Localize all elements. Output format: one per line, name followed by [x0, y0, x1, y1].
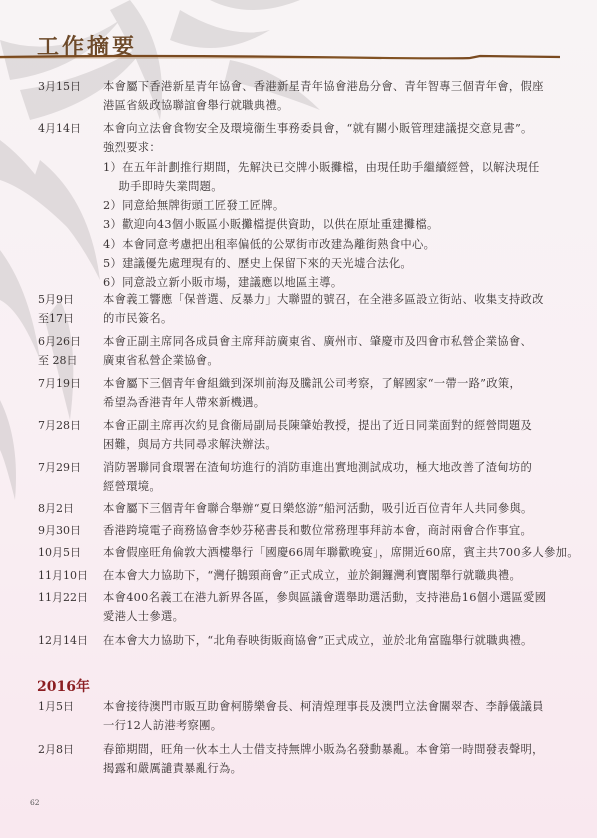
entry-date-line: 1月5日	[38, 697, 98, 716]
entry-text-line: 本會屬下香港新星青年協會、香港新星青年協會港島分會、青年智專三個青年會，假座	[103, 77, 563, 96]
entry-date-line: 4月14日	[38, 119, 98, 138]
entry-date: 7月29日	[38, 458, 98, 477]
entry-date: 12月14日	[38, 631, 98, 650]
entry-text-line: 在本會大力協助下，“灣仔鵝頸商會”正式成立，並於銅鑼灣利寶閣舉行就職典禮。	[103, 566, 563, 585]
entry-text-line: 強烈要求：	[103, 138, 563, 157]
entry-text: 在本會大力協助下，“灣仔鵝頸商會”正式成立，並於銅鑼灣利寶閣舉行就職典禮。	[103, 566, 563, 585]
entry-date-line: 9月30日	[38, 521, 98, 540]
entry-date-line: 12月14日	[38, 631, 98, 650]
entry-text-line: 廣東省私營企業協會。	[103, 351, 563, 370]
entry-text-line: 助手即時失業問題。	[103, 177, 563, 196]
entry-date: 7月28日	[38, 416, 98, 435]
entry-text: 本會屬下三個青年會聯合舉辦“夏日樂悠游”船河活動，吸引近百位青年人共同參與。	[103, 499, 563, 518]
entry-text-line: 港區省級政協聯誼會舉行就職典禮。	[103, 96, 563, 115]
entry-text-line: 本會向立法會食物安全及環境衞生事務委員會，“就有關小販管理建議提交意見書”。	[103, 119, 563, 138]
entry-date: 5月9日至17日	[38, 290, 98, 328]
title-brush-rule	[0, 53, 597, 61]
entry-date-line: 5月9日	[38, 290, 98, 309]
entry-date-line: 10月5日	[38, 543, 98, 562]
entry-date: 11月10日	[38, 566, 98, 585]
entry-date-line: 8月2日	[38, 499, 98, 518]
entry-text-line: 本會義工響應「保普選、反暴力」大聯盟的號召，在全港多區設立街站、收集支持政改	[103, 290, 563, 309]
entry-date-line: 11月10日	[38, 566, 98, 585]
year-heading: 2016年	[37, 676, 90, 696]
entry-text-line: 一行12人訪港考察團。	[103, 716, 563, 735]
entry-text: 在本會大力協助下，“北角春映街販商協會”正式成立，並於北角富臨舉行就職典禮。	[103, 631, 563, 650]
entry-text-line: 本會屬下三個青年會聯合舉辦“夏日樂悠游”船河活動，吸引近百位青年人共同參與。	[103, 499, 563, 518]
entry-text-line: 本會400名義工在港九新界各區，參與區議會選舉助選活動，支持港島16個小選區愛國	[103, 588, 563, 607]
entry-text-line: 香港跨境電子商務協會李妙芬秘書長和數位常務理事拜訪本會，商討兩會合作事宜。	[103, 521, 563, 540]
entry-date-line: 7月19日	[38, 374, 98, 393]
entry-date: 1月5日	[38, 697, 98, 716]
entry-text-line: 困難，與局方共同尋求解決辦法。	[103, 435, 563, 454]
entry-date: 4月14日	[38, 119, 98, 138]
entry-text-line: 消防署聯同食環署在渣甸坊進行的消防車進出實地測試成功，極大地改善了渣甸坊的	[103, 458, 563, 477]
entry-date: 2月8日	[38, 740, 98, 759]
page-header: 工作摘要	[0, 0, 597, 62]
entry-date: 8月2日	[38, 499, 98, 518]
entry-text-line: 經營環境。	[103, 477, 563, 496]
entry-text: 本會正副主席再次約見食衞局副局長陳肇始教授，提出了近日同業面對的經營問題及困難，…	[103, 416, 563, 455]
entry-text-line: 本會接待澳門市販互助會柯勝樂會長、柯清煌理事長及澳門立法會關翠杏、李靜儀議員	[103, 697, 563, 716]
entry-text: 本會向立法會食物安全及環境衞生事務委員會，“就有關小販管理建議提交意見書”。強烈…	[103, 119, 563, 293]
entry-text: 本會屬下三個青年會組織到深圳前海及騰訊公司考察，了解國家“一帶一路”政策，希望為…	[103, 374, 563, 413]
entry-text-line: 4）本會同意考慮把出租率偏低的公眾街市改建為離街熟食中心。	[103, 235, 563, 254]
entry-text-line: 揭露和嚴厲譴責暴亂行為。	[103, 759, 563, 778]
entry-text-line: 春節期間，旺角一伙本土人士借支持無牌小販為名發動暴亂。本會第一時間發表聲明，	[103, 740, 563, 759]
entry-text-line: 本會屬下三個青年會組織到深圳前海及騰訊公司考察，了解國家“一帶一路”政策，	[103, 374, 563, 393]
entry-text: 本會400名義工在港九新界各區，參與區議會選舉助選活動，支持港島16個小選區愛國…	[103, 588, 563, 627]
entry-date: 11月22日	[38, 588, 98, 607]
entry-date: 9月30日	[38, 521, 98, 540]
entry-text-line: 在本會大力協助下，“北角春映街販商協會”正式成立，並於北角富臨舉行就職典禮。	[103, 631, 563, 650]
entry-date-line: 至 28日	[38, 351, 98, 370]
entry-date-line: 至17日	[38, 309, 98, 328]
entry-text-line: 愛港人士參選。	[103, 607, 563, 626]
page-number: 62	[30, 798, 40, 807]
entry-text: 香港跨境電子商務協會李妙芬秘書長和數位常務理事拜訪本會，商討兩會合作事宜。	[103, 521, 563, 540]
entry-text: 本會假座旺角倫敦大酒樓舉行「國慶66周年聯歡晚宴」，席開近60席，賓主共700多…	[103, 543, 563, 562]
entry-date: 10月5日	[38, 543, 98, 562]
entry-date: 7月19日	[38, 374, 98, 393]
entry-text: 春節期間，旺角一伙本土人士借支持無牌小販為名發動暴亂。本會第一時間發表聲明，揭露…	[103, 740, 563, 779]
entry-date-line: 6月26日	[38, 332, 98, 351]
entry-text-line: 1）在五年計劃推行期間，先解決已交牌小販攤檔，由現任助手繼續經營，以解決現任	[103, 158, 563, 177]
entry-date: 6月26日至 28日	[38, 332, 98, 370]
entry-date-line: 2月8日	[38, 740, 98, 759]
entry-date-line: 7月28日	[38, 416, 98, 435]
entry-date-line: 3月15日	[38, 77, 98, 96]
entry-text-line: 希望為香港青年人帶來新機遇。	[103, 393, 563, 412]
entry-text: 本會正副主席同各成員會主席拜訪廣東省、廣州市、肇慶市及四會市私營企業協會、廣東省…	[103, 332, 563, 371]
entry-text-line: 本會正副主席再次約見食衞局副局長陳肇始教授，提出了近日同業面對的經營問題及	[103, 416, 563, 435]
entry-text-line: 5）建議優先處理現有的、歷史上保留下來的天光墟合法化。	[103, 254, 563, 273]
entry-date-line: 7月29日	[38, 458, 98, 477]
entry-date: 3月15日	[38, 77, 98, 96]
entry-text-line: 本會正副主席同各成員會主席拜訪廣東省、廣州市、肇慶市及四會市私營企業協會、	[103, 332, 563, 351]
entry-text-line: 的市民簽名。	[103, 309, 563, 328]
entry-text: 本會義工響應「保普選、反暴力」大聯盟的號召，在全港多區設立街站、收集支持政改的市…	[103, 290, 563, 329]
entry-text-line: 3）歡迎向43個小販區小販攤檔提供資助，以供在原址重建攤檔。	[103, 215, 563, 234]
entry-date-line: 11月22日	[38, 588, 98, 607]
entry-text: 消防署聯同食環署在渣甸坊進行的消防車進出實地測試成功，極大地改善了渣甸坊的經營環…	[103, 458, 563, 497]
entry-text-line: 2）同意給無牌街頭工匠發工匠牌。	[103, 196, 563, 215]
entry-text: 本會接待澳門市販互助會柯勝樂會長、柯清煌理事長及澳門立法會關翠杏、李靜儀議員一行…	[103, 697, 563, 736]
entry-text: 本會屬下香港新星青年協會、香港新星青年協會港島分會、青年智專三個青年會，假座港區…	[103, 77, 563, 116]
entry-text-line: 本會假座旺角倫敦大酒樓舉行「國慶66周年聯歡晚宴」，席開近60席，賓主共700多…	[103, 543, 563, 562]
